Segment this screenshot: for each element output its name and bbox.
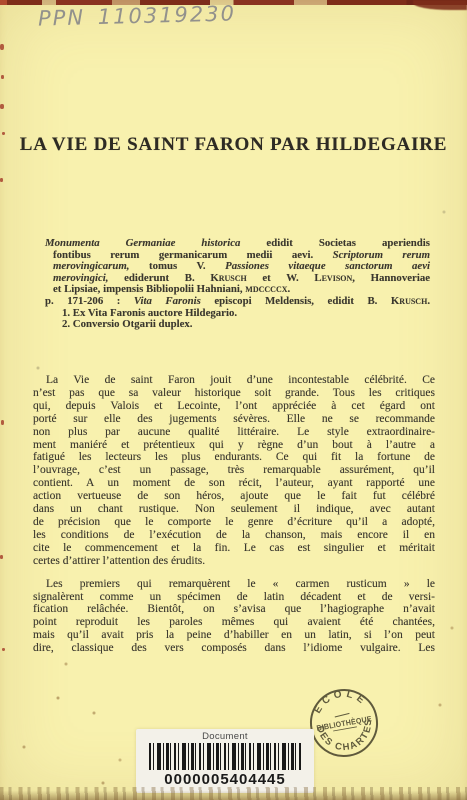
page-speck	[0, 555, 3, 559]
text-line: l’ouvrage, c’est un passage, très remarq…	[33, 464, 435, 477]
text-line: porté sur elle des jugements sévères. El…	[33, 413, 435, 426]
text-line: cite le commencement et la fin. Le cas e…	[33, 542, 435, 555]
text-line: dire, classique des vers composés dans l…	[33, 642, 435, 655]
text-line: les conditions de l’exécution de la chan…	[33, 529, 435, 542]
body-paragraph-2: Les premiers qui remarquèrent le « carme…	[33, 578, 435, 655]
text-line: contient. A un moment de son récit, l’au…	[33, 477, 435, 490]
barcode-caption: Document	[202, 731, 248, 742]
text-line: 2. Conversio Otgarii duplex.	[62, 319, 430, 331]
text-line: non plus par aucune qualité littéraire. …	[33, 426, 435, 439]
text-line: signalèrent comme un spécimen de latin d…	[33, 591, 435, 604]
barcode-label: Document 0000005404445	[136, 729, 314, 793]
page-speck	[0, 104, 4, 109]
page-edge-dirt	[0, 787, 467, 800]
text-line: Les premiers qui remarquèrent le « carme…	[33, 578, 435, 591]
page-speck	[0, 178, 3, 182]
text-line: action vertueuse de son héros, ajoute qu…	[33, 490, 435, 503]
text-line: fatigué les lecteurs les plus endurants.…	[33, 451, 435, 464]
text-line: fication relâchée. Bientôt, on s’avisa q…	[33, 603, 435, 616]
text-line: certes d’attirer l’attention des érudits…	[33, 555, 435, 568]
body-paragraph-1: La Vie de saint Faron jouit d’une incont…	[33, 374, 435, 568]
bibliography-note: Monumenta Germaniae historica edidit Soc…	[45, 238, 430, 331]
barcode-number: 0000005404445	[164, 771, 285, 788]
page-speck	[0, 44, 4, 50]
barcode-icon	[149, 743, 301, 770]
page-title: LA VIE DE SAINT FARON PAR HILDEGAIRE	[0, 134, 467, 156]
page-speck	[1, 75, 4, 79]
page-speck	[1, 420, 4, 425]
body-text: La Vie de saint Faron jouit d’une incont…	[33, 374, 435, 655]
page-speck	[2, 648, 5, 651]
text-line: point reproduit les paroles mêmes qui av…	[33, 616, 435, 629]
text-line: ment maniéré et prétentieux qui y règne …	[33, 439, 435, 452]
book-edge-top-right	[413, 0, 467, 10]
text-line: n’est pas que sa valeur historique soit …	[33, 387, 435, 400]
scanned-page: PPN 110319230 LA VIE DE SAINT FARON PAR …	[0, 0, 467, 800]
text-line: mais qu’il avait pris la peine d’habille…	[33, 629, 435, 642]
text-line: de précision que le comporte le genre d’…	[33, 516, 435, 529]
text-line: dans un chant rustique. Non seulement il…	[33, 503, 435, 516]
handwritten-shelfmark: PPN 110319230	[38, 1, 237, 30]
text-line: La Vie de saint Faron jouit d’une incont…	[33, 374, 435, 387]
text-line: qui, depuis Valois et Lecointe, l’ont ap…	[33, 400, 435, 413]
